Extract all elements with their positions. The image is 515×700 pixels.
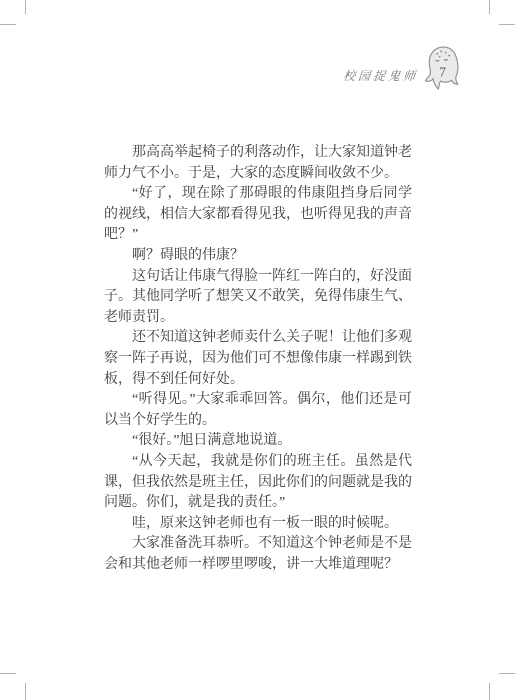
- body-text: 那高高举起椅子的利落动作，让大家知道钟老师力气不小。于是，大家的态度瞬间收敛不少…: [104, 143, 412, 575]
- paragraph: 啊？碍眼的伟康？: [104, 246, 412, 267]
- paragraph: “很好。”旭日满意地说道。: [104, 431, 412, 452]
- paragraph: “好了，现在除了那碍眼的伟康阻挡身后同学的视线，相信大家都看得见我，也听得见我的…: [104, 184, 412, 246]
- paragraph: 这句话让伟康气得脸一阵红一阵白的，好没面子。其他同学听了想笑又不敢笑，免得伟康生…: [104, 267, 412, 329]
- series-title: 校园捉鬼师: [342, 53, 420, 84]
- book-page: 校园捉鬼师 7 那高高举起椅子的利落动作，让大家知道钟老师力气不小。于是，大家的…: [0, 0, 515, 700]
- crop-mark-bottom-left-vertical: [25, 683, 26, 700]
- paragraph: 哇，原来这钟老师也有一板一眼的时候呢。: [104, 514, 412, 535]
- crop-mark-bottom-right-vertical: [489, 683, 490, 700]
- paragraph: “听得见。”大家乖乖回答。偶尔，他们还是可以当个好学生的。: [104, 390, 412, 431]
- ghost-icon: 7: [424, 45, 462, 91]
- crop-mark-bottom-right-horizontal: [499, 673, 515, 674]
- crop-mark-top-right-horizontal: [499, 24, 515, 25]
- paragraph: 大家准备洗耳恭听。不知道这个钟老师是不是会和其他老师一样啰里啰唆，讲一大堆道理呢…: [104, 534, 412, 575]
- crop-mark-top-right-vertical: [489, 0, 490, 14]
- paragraph: “从今天起，我就是你们的班主任。虽然是代课，但我依然是班主任，因此你们的问题就是…: [104, 452, 412, 514]
- paragraph: 还不知道这钟老师卖什么关子呢！让他们多观察一阵子再说，因为他们可不想像伟康一样踢…: [104, 328, 412, 390]
- crop-mark-top-left-vertical: [25, 0, 26, 14]
- page-header: 校园捉鬼师 7: [344, 45, 462, 91]
- page-number: 7: [439, 65, 446, 80]
- paragraph: 那高高举起椅子的利落动作，让大家知道钟老师力气不小。于是，大家的态度瞬间收敛不少…: [104, 143, 412, 184]
- crop-mark-bottom-left-horizontal: [0, 673, 16, 674]
- crop-mark-top-left-horizontal: [0, 24, 16, 25]
